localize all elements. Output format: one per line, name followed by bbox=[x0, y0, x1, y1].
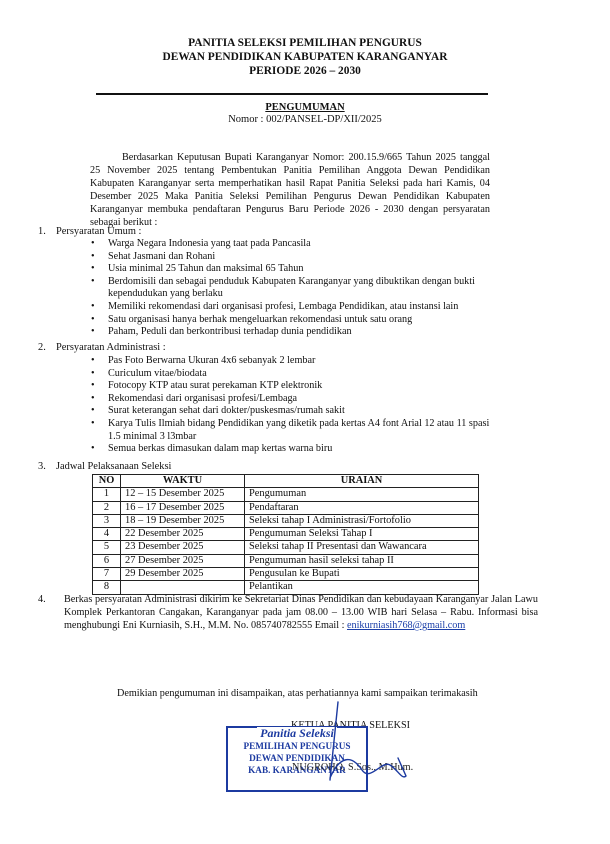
cell-uraian: Seleksi tahap I Administrasi/Fortofolio bbox=[245, 514, 479, 527]
closing-paragraph: Demikian pengumuman ini disampaikan, ata… bbox=[72, 687, 530, 700]
cell-uraian: Pengusulan ke Bupati bbox=[245, 568, 479, 581]
section-label: Persyaratan Umum : bbox=[56, 226, 141, 239]
cell-uraian: Pengumuman hasil seleksi tahap II bbox=[245, 554, 479, 567]
bullet-icon: • bbox=[91, 276, 95, 289]
bullet-icon: • bbox=[91, 405, 95, 418]
cell-no: 7 bbox=[93, 568, 121, 581]
bullet-icon: • bbox=[91, 238, 95, 251]
section-number: 1. bbox=[38, 226, 46, 239]
bullet-icon: • bbox=[91, 418, 95, 431]
cell-no: 6 bbox=[93, 554, 121, 567]
table-row: 627 Desember 2025Pengumuman hasil seleks… bbox=[93, 554, 479, 567]
table-row: 112 – 15 Desember 2025Pengumuman bbox=[93, 488, 479, 501]
cell-waktu: 29 Desember 2025 bbox=[121, 568, 245, 581]
cell-waktu: 23 Desember 2025 bbox=[121, 541, 245, 554]
email-link[interactable]: enikurniasih768@gmail.com bbox=[347, 620, 465, 631]
bullet-icon: • bbox=[91, 443, 95, 456]
cell-waktu: 18 – 19 Desember 2025 bbox=[121, 514, 245, 527]
table-header-row: NO WAKTU URAIAN bbox=[93, 475, 479, 488]
table-row: 729 Desember 2025Pengusulan ke Bupati bbox=[93, 568, 479, 581]
cell-waktu: 27 Desember 2025 bbox=[121, 554, 245, 567]
schedule-table: NO WAKTU URAIAN 112 – 15 Desember 2025Pe… bbox=[92, 474, 479, 595]
list-item: •Curiculum vitae/biodata bbox=[91, 368, 496, 381]
schedule-table-body: 112 – 15 Desember 2025Pengumuman216 – 17… bbox=[93, 488, 479, 594]
section-number: 2. bbox=[38, 342, 46, 355]
cell-waktu: 16 – 17 Desember 2025 bbox=[121, 501, 245, 514]
table-row: 523 Desember 2025Seleksi tahap II Presen… bbox=[93, 541, 479, 554]
bullet-icon: • bbox=[91, 251, 95, 264]
list-item: •Memiliki rekomendasi dari organisasi pr… bbox=[91, 301, 491, 314]
table-row: 318 – 19 Desember 2025Seleksi tahap I Ad… bbox=[93, 514, 479, 527]
announcement-page: PANITIA SELEKSI PEMILIHAN PENGURUS DEWAN… bbox=[0, 0, 610, 844]
cell-uraian: Seleksi tahap II Presentasi dan Wawancar… bbox=[245, 541, 479, 554]
cell-uraian: Pengumuman bbox=[245, 488, 479, 501]
document-number: Nomor : 002/PANSEL-DP/XII/2025 bbox=[0, 114, 610, 125]
list-item: •Surat keterangan sehat dari dokter/pusk… bbox=[91, 405, 496, 418]
list-item: •Karya Tulis Ilmiah bidang Pendidikan ya… bbox=[91, 418, 496, 443]
table-row: 216 – 17 Desember 2025Pendaftaran bbox=[93, 501, 479, 514]
bullet-icon: • bbox=[91, 380, 95, 393]
list-item: •Satu organisasi hanya berhak mengeluark… bbox=[91, 314, 491, 327]
list-item: •Semua berkas dimasukan dalam map kertas… bbox=[91, 443, 496, 456]
bullet-icon: • bbox=[91, 393, 95, 406]
bullet-icon: • bbox=[91, 355, 95, 368]
list-item: •Rekomendasi dari organisasi profesi/Lem… bbox=[91, 393, 496, 406]
list-item: •Usia minimal 25 Tahun dan maksimal 65 T… bbox=[91, 263, 491, 276]
intro-paragraph: Berdasarkan Keputusan Bupati Karanganyar… bbox=[90, 151, 490, 229]
column-header-uraian: URAIAN bbox=[245, 475, 479, 488]
administrative-requirements-list: •Pas Foto Berwarna Ukuran 4x6 sebanyak 2… bbox=[91, 355, 496, 456]
list-item: •Sehat Jasmani dan Rohani bbox=[91, 251, 491, 264]
list-item: •Warga Negara Indonesia yang taat pada P… bbox=[91, 238, 491, 251]
letterhead-line-1: PANITIA SELEKSI PEMILIHAN PENGURUS bbox=[0, 36, 610, 50]
section-label: Jadwal Pelaksanaan Seleksi bbox=[56, 461, 171, 474]
list-item: •Fotocopy KTP atau surat perekaman KTP e… bbox=[91, 380, 496, 393]
letterhead-line-2: DEWAN PENDIDIKAN KABUPATEN KARANGANYAR bbox=[0, 50, 610, 64]
cell-waktu: 12 – 15 Desember 2025 bbox=[121, 488, 245, 501]
table-row: 422 Desember 2025Pengumuman Seleksi Taha… bbox=[93, 528, 479, 541]
bullet-icon: • bbox=[91, 263, 95, 276]
section-number: 3. bbox=[38, 461, 46, 474]
list-item: •Berdomisili dan sebagai penduduk Kabupa… bbox=[91, 276, 491, 301]
column-header-waktu: WAKTU bbox=[121, 475, 245, 488]
header-divider bbox=[96, 93, 488, 95]
bullet-icon: • bbox=[91, 301, 95, 314]
cell-no: 5 bbox=[93, 541, 121, 554]
cell-no: 2 bbox=[93, 501, 121, 514]
cell-no: 4 bbox=[93, 528, 121, 541]
letterhead-line-3: PERIODE 2026 – 2030 bbox=[0, 64, 610, 78]
list-item: •Pas Foto Berwarna Ukuran 4x6 sebanyak 2… bbox=[91, 355, 496, 368]
bullet-icon: • bbox=[91, 314, 95, 327]
cell-no: 3 bbox=[93, 514, 121, 527]
column-header-no: NO bbox=[93, 475, 121, 488]
submission-text: Berkas persyaratan Administrasi dikirim … bbox=[64, 593, 538, 632]
section-number: 4. bbox=[38, 593, 46, 606]
cell-uraian: Pengumuman Seleksi Tahap I bbox=[245, 528, 479, 541]
section-label: Persyaratan Administrasi : bbox=[56, 342, 166, 355]
bullet-icon: • bbox=[91, 326, 95, 339]
signature-icon bbox=[290, 700, 430, 790]
letterhead: PANITIA SELEKSI PEMILIHAN PENGURUS DEWAN… bbox=[0, 36, 610, 78]
cell-uraian: Pendaftaran bbox=[245, 501, 479, 514]
list-item: •Paham, Peduli dan berkontribusi terhada… bbox=[91, 326, 491, 339]
general-requirements-list: •Warga Negara Indonesia yang taat pada P… bbox=[91, 238, 491, 339]
document-title: PENGUMUMAN bbox=[0, 102, 610, 113]
cell-no: 1 bbox=[93, 488, 121, 501]
cell-waktu: 22 Desember 2025 bbox=[121, 528, 245, 541]
bullet-icon: • bbox=[91, 368, 95, 381]
